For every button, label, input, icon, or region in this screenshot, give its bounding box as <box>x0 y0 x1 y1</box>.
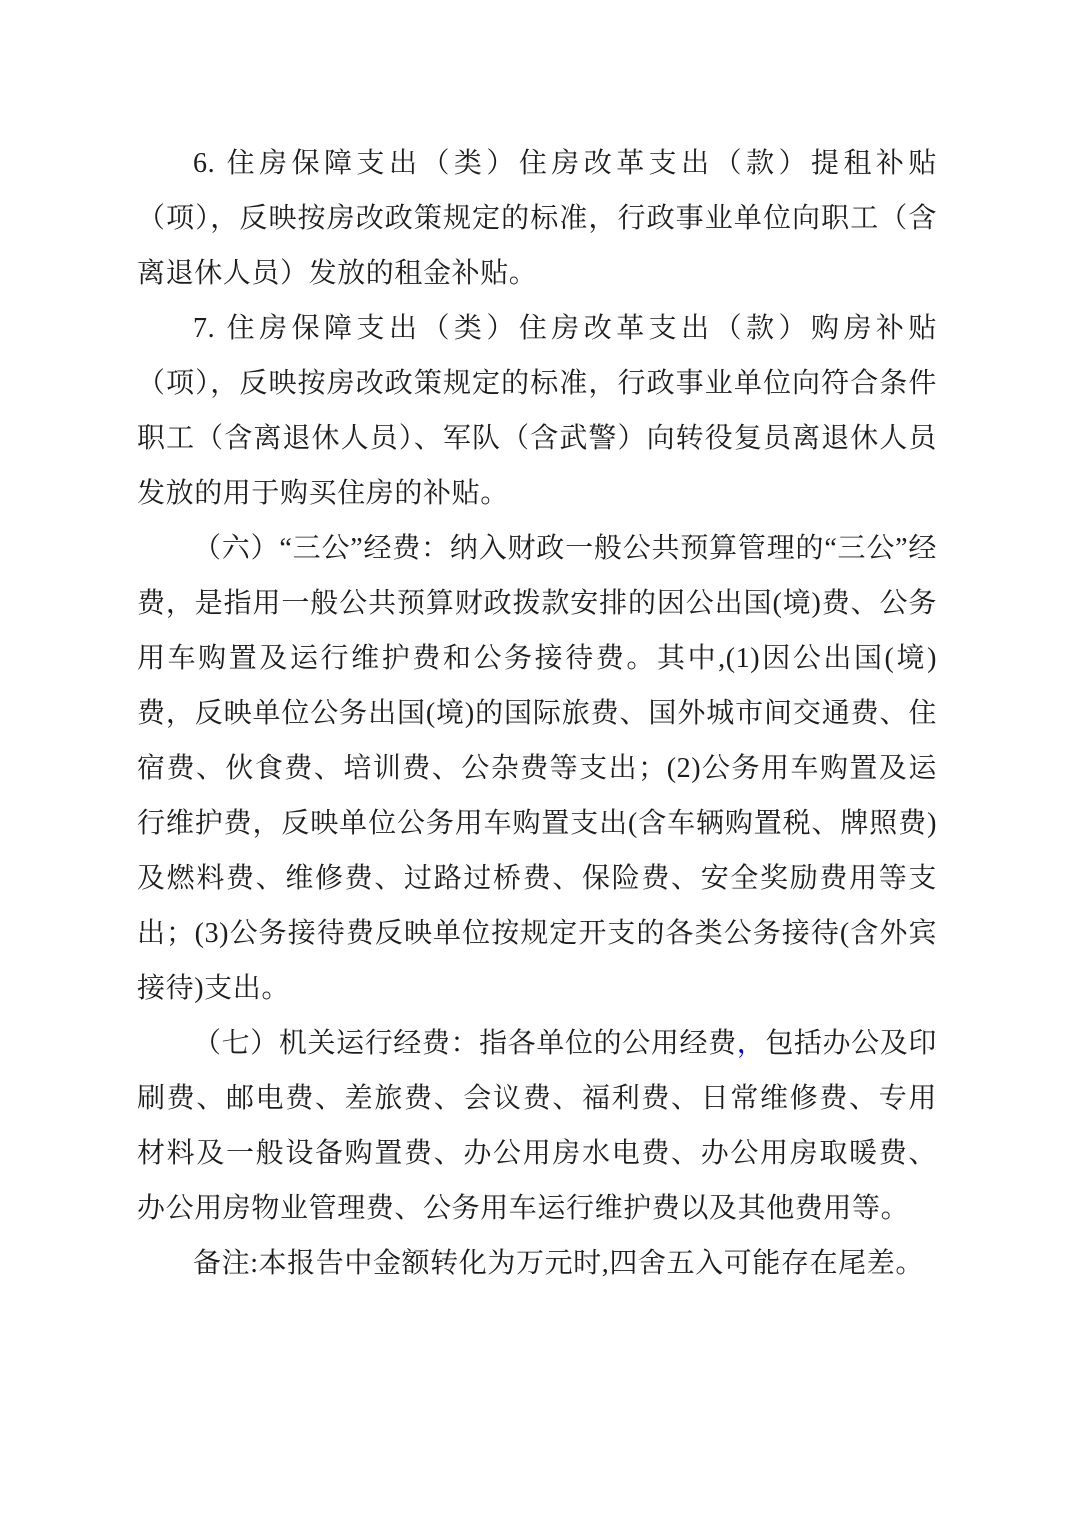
paragraph-three-public-funds: （六）“三公”经费：纳入财政一般公共预算管理的“三公”经费，是指用一般公共预算财… <box>137 521 937 1016</box>
document-page: 6. 住房保障支出（类）住房改革支出（款）提租补贴（项），反映按房改政策规定的标… <box>0 0 1074 1520</box>
paragraph-note: 备注:本报告中金额转化为万元时,四舍五入可能存在尾差。 <box>137 1236 937 1291</box>
paragraph-housing-purchase-subsidy: 7. 住房保障支出（类）住房改革支出（款）购房补贴（项），反映按房改政策规定的标… <box>137 301 937 521</box>
paragraph-housing-rent-subsidy: 6. 住房保障支出（类）住房改革支出（款）提租补贴（项），反映按房改政策规定的标… <box>137 136 937 301</box>
agency-operating-text-before-comma: （七）机关运行经费：指各单位的公用经费 <box>193 1028 737 1059</box>
blue-comma: ， <box>737 1028 766 1059</box>
paragraph-agency-operating-funds: （七）机关运行经费：指各单位的公用经费，包括办公及印刷费、邮电费、差旅费、会议费… <box>137 1016 937 1236</box>
